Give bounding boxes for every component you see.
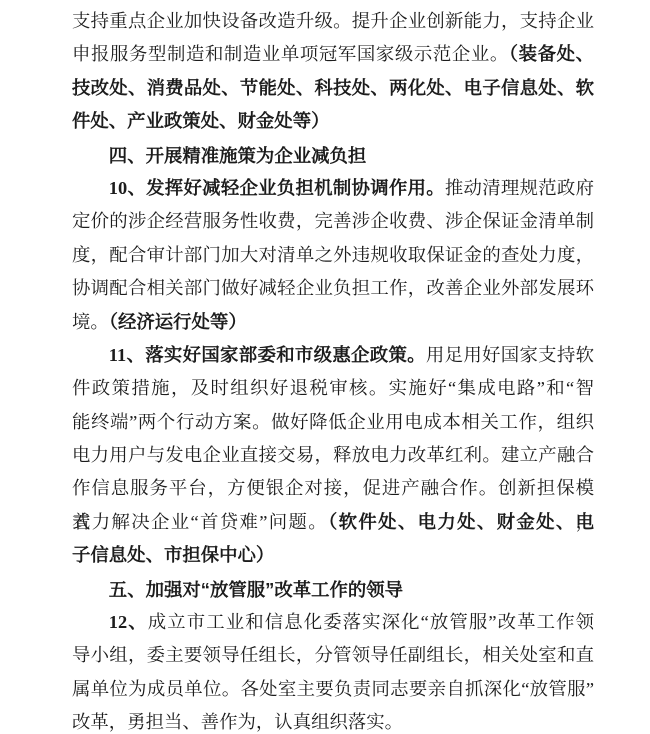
section-heading-5: 五、加强对“放管服”改革工作的领导	[72, 573, 594, 606]
text-line: 能终端”两个行动方案。做好降低企业用电成本相关工作，组织	[72, 406, 594, 439]
item-12-number-run: 12、	[109, 612, 148, 632]
heading-text: 四、开展精准施策为企业减负担	[109, 145, 366, 166]
department-list-run: （软件处、电力处、财金处、电	[328, 512, 594, 532]
section-heading-4: 四、开展精准施策为企业减负担	[72, 139, 594, 172]
text-line: 度，配合审计部门加大对清单之外违规收取保证金的查处力度，	[72, 239, 594, 272]
text-run: 成立市工业和信息化委落实深化“放管服”改革工作领	[148, 612, 594, 632]
text-line: 件处、产业政策处、财金处等）	[72, 105, 594, 138]
department-list-run: （装备处、	[509, 44, 594, 64]
text-line: 定价的涉企经营服务性收费，完善涉企收费、涉企保证金清单制	[72, 205, 594, 238]
heading-text: 五、加强对“放管服”改革工作的领导	[109, 579, 403, 600]
text-run: 电力用户与发电企业直接交易，释放电力改革红利。建立产融合	[72, 445, 594, 465]
text-line: 属单位为成员单位。各处室主要负责同志要亲自抓深化“放管服”	[72, 673, 594, 706]
document-page: 支持重点企业加快设备改造升级。提升企业创新能力，支持企业 申报服务型制造和制造业…	[0, 0, 650, 734]
text-line: 11、落实好国家部委和市级惠企政策。用足用好国家支持软	[72, 339, 594, 372]
text-line: 作信息服务平台，方便银企对接，促进产融合作。创新担保模式，	[72, 472, 594, 505]
text-run: 度，配合审计部门加大对清单之外违规收取保证金的查处力度，	[72, 245, 594, 265]
text-run: 改革，勇担当、善作为，认真组织落实。	[72, 712, 403, 732]
text-line: 着力解决企业“首贷难”问题。（软件处、电力处、财金处、电	[72, 506, 594, 539]
text-line: 技改处、消费品处、节能处、科技处、两化处、电子信息处、软	[72, 72, 594, 105]
text-run: 能终端”两个行动方案。做好降低企业用电成本相关工作，组织	[72, 412, 594, 432]
text-line: 申报服务型制造和制造业单项冠军国家级示范企业。（装备处、	[72, 38, 594, 71]
text-run: 导小组，委主要领导任组长，分管领导任副组长，相关处室和直	[72, 645, 594, 665]
text-line: 子信息处、市担保中心）	[72, 539, 594, 572]
text-line: 协调配合相关部门做好减轻企业负担工作，改善企业外部发展环	[72, 272, 594, 305]
department-list-run: 件处、产业政策处、财金处等）	[72, 111, 329, 131]
text-run: 定价的涉企经营服务性收费，完善涉企收费、涉企保证金清单制	[72, 211, 594, 231]
text-run: 申报服务型制造和制造业单项冠军国家级示范企业。	[72, 44, 509, 64]
text-run: 属单位为成员单位。各处室主要负责同志要亲自抓深化“放管服”	[72, 679, 594, 699]
text-line: 境。（经济运行处等）	[72, 306, 594, 339]
text-run: 着力解决企业“首贷难”问题。	[72, 512, 328, 532]
text-line: 电力用户与发电企业直接交易，释放电力改革红利。建立产融合	[72, 439, 594, 472]
department-list-run: （经济运行处等）	[109, 312, 247, 332]
text-line: 件政策措施，及时组织好退税审核。实施好“集成电路”和“智	[72, 372, 594, 405]
text-line: 10、发挥好减轻企业负担机制协调作用。推动清理规范政府	[72, 172, 594, 205]
text-line: 导小组，委主要领导任组长，分管领导任副组长，相关处室和直	[72, 639, 594, 672]
department-list-run: 技改处、消费品处、节能处、科技处、两化处、电子信息处、软	[72, 78, 594, 98]
text-run: 推动清理规范政府	[445, 178, 594, 198]
text-line: 改革，勇担当、善作为，认真组织落实。	[72, 706, 594, 734]
text-run: 支持重点企业加快设备改造升级。提升企业创新能力，支持企业	[72, 11, 594, 31]
text-run: 件政策措施，及时组织好退税审核。实施好“集成电路”和“智	[72, 378, 594, 398]
item-11-title-run: 11、落实好国家部委和市级惠企政策。	[109, 345, 426, 365]
text-run: 协调配合相关部门做好减轻企业负担工作，改善企业外部发展环	[72, 278, 594, 298]
text-run: 用足用好国家支持软	[426, 345, 594, 365]
text-line: 12、成立市工业和信息化委落实深化“放管服”改革工作领	[72, 606, 594, 639]
text-run: 境。	[72, 312, 109, 332]
item-10-title-run: 10、发挥好减轻企业负担机制协调作用。	[109, 178, 445, 198]
department-list-run: 子信息处、市担保中心）	[72, 545, 274, 565]
text-line: 支持重点企业加快设备改造升级。提升企业创新能力，支持企业	[72, 5, 594, 38]
